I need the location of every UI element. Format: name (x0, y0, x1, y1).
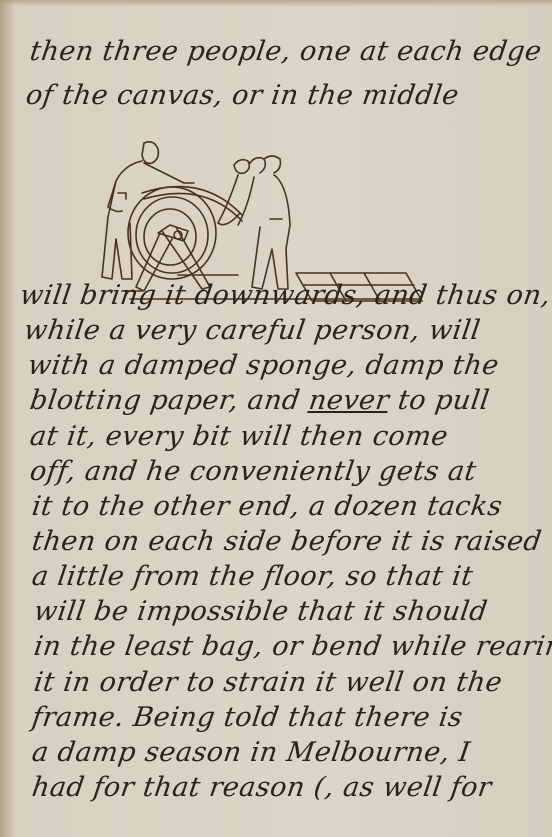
text-line-6: blotting paper, and never to pull (28, 385, 491, 416)
text-line-5: with a damped sponge, damp the (26, 350, 501, 381)
underlined-word-never: never (307, 385, 391, 416)
text-line-12: will be impossible that it should (32, 596, 490, 627)
text-line-1: then three people, one at each edge (28, 36, 544, 67)
text-line-10: then on each side before it is raised (30, 526, 544, 557)
text-line-7: at it, every bit will then come (28, 421, 450, 452)
text-line-4: while a very careful person, will (22, 315, 482, 346)
text-line-16: a damp season in Melbourne, I (30, 737, 472, 768)
manuscript-page: then three people, one at each edge of t… (0, 0, 552, 837)
three-figures-right-icon (218, 156, 290, 289)
text-line-2: of the canvas, or in the middle (24, 80, 461, 111)
text-line-8: off, and he conveniently gets at (28, 456, 478, 487)
text-line-9: it to the other end, a dozen tacks (30, 491, 504, 522)
text-line-17: had for that reason (, as well for (30, 772, 494, 803)
text-line-15: frame. Being told that there is (30, 702, 465, 733)
page-gutter-shadow (0, 0, 14, 837)
text-line-14: it in order to strain it well on the (32, 667, 504, 698)
page-top-edge (0, 0, 552, 6)
text-line-11: a little from the floor, so that it (30, 561, 475, 592)
text-line-13: in the least bag, or bend while rearing (32, 631, 552, 662)
text-line-3: will bring it downwards, and thus on, (18, 280, 552, 311)
